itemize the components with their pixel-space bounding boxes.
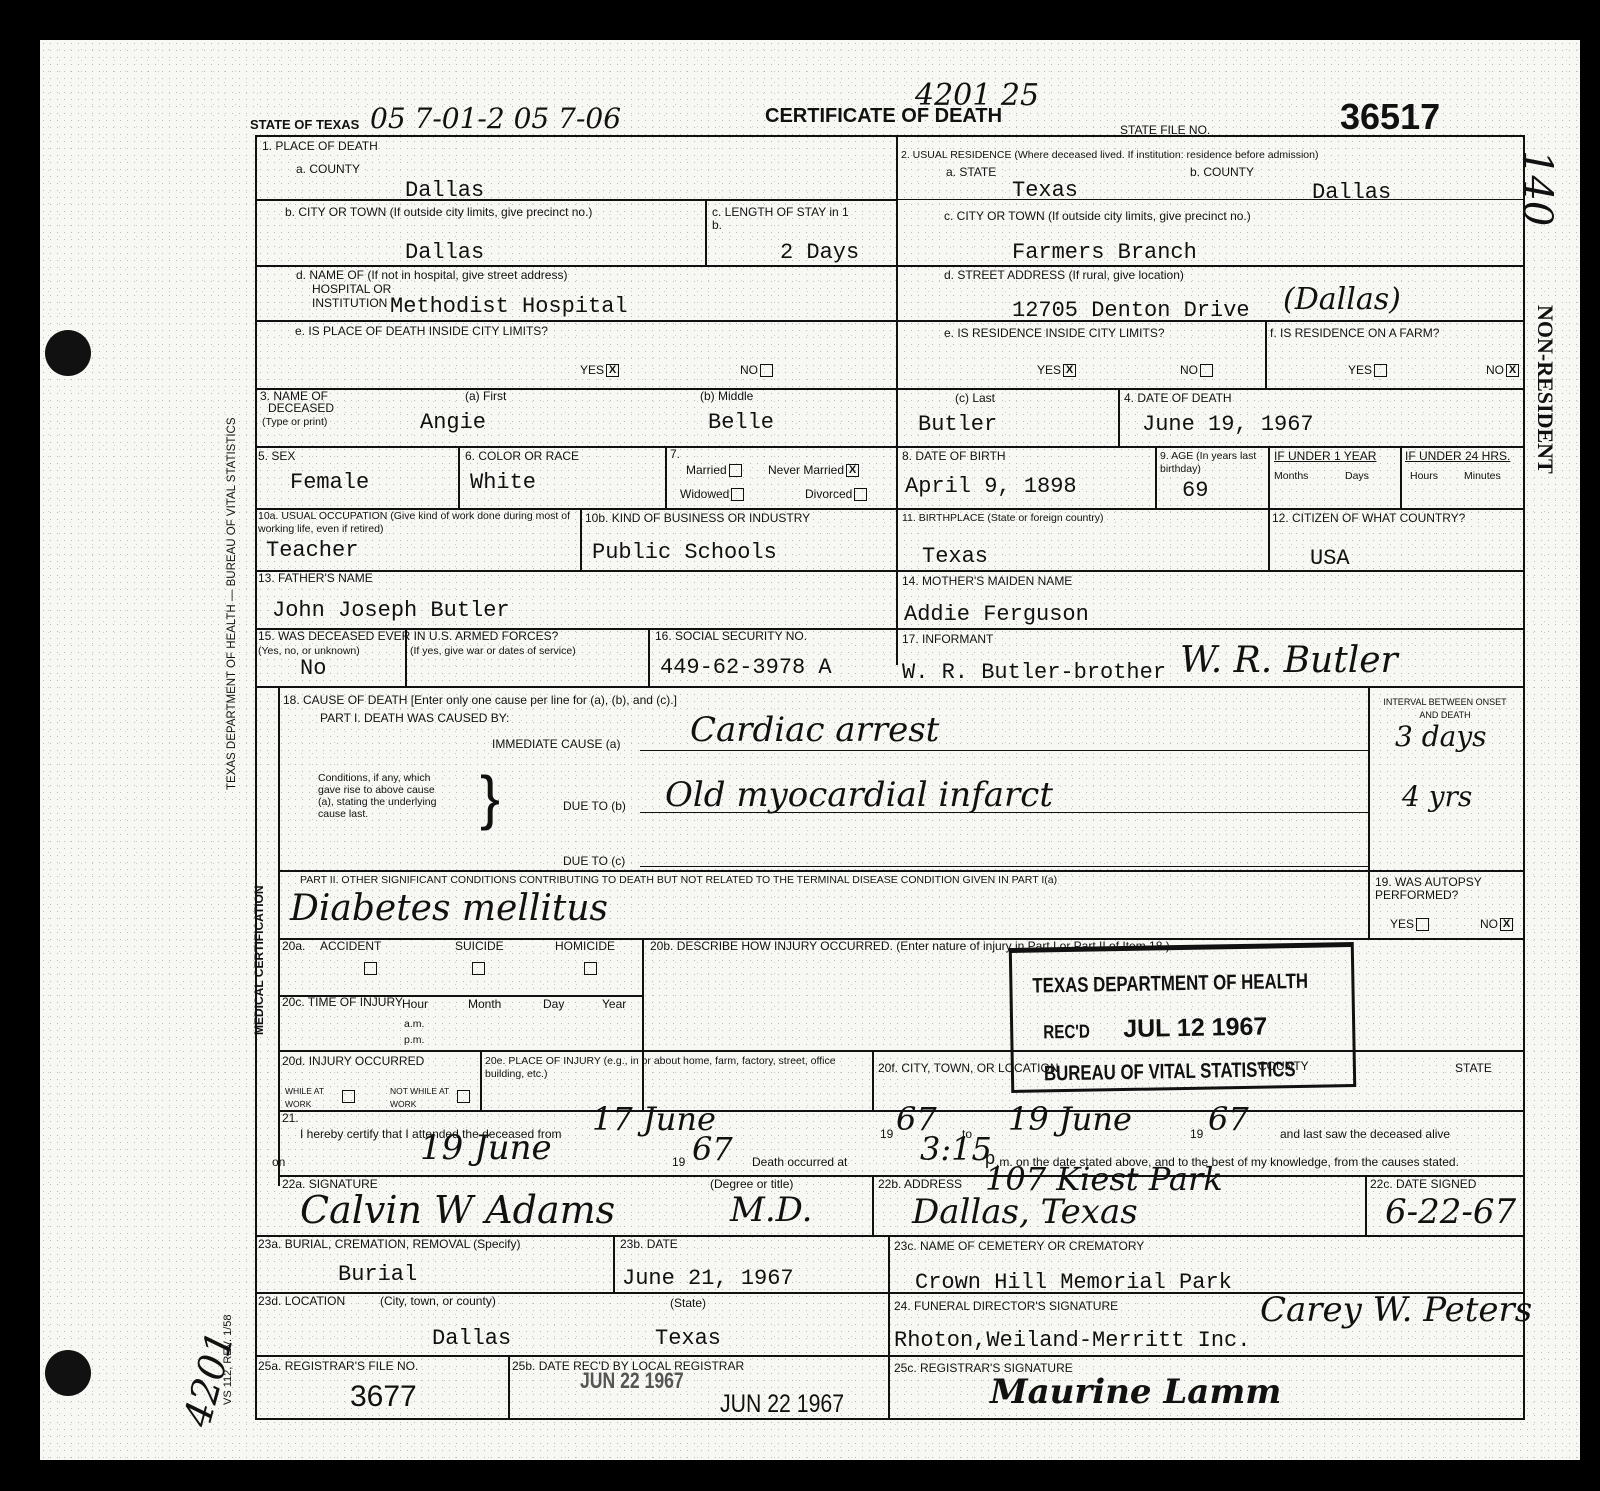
non-resident-stamp: NON-RESIDENT — [1532, 305, 1558, 474]
on-label: on — [272, 1156, 285, 1169]
residence-street-value: 12705 Denton Drive — [1012, 298, 1250, 323]
year-label: Year — [602, 998, 626, 1011]
state-label: STATE OF TEXAS — [250, 118, 359, 131]
residence-county-value: Dallas — [1312, 180, 1391, 205]
immediate-cause-label: IMMEDIATE CAUSE (a) — [492, 738, 620, 751]
stamp-bureau: BUREAU OF VITAL STATISTICS — [1044, 1058, 1296, 1086]
death-inside-limits-yes: YESX — [580, 364, 619, 377]
hour-label: Hour — [402, 998, 428, 1011]
registrar-file-value: 3677 — [350, 1380, 417, 1414]
am-label: a.m. — [404, 1018, 424, 1031]
conditions-note: Conditions, if any, which gave rise to a… — [318, 772, 438, 820]
death-city-label: b. CITY OR TOWN (If outside city limits,… — [285, 206, 592, 219]
part2-value: Diabetes mellitus — [290, 888, 608, 929]
due-to-b-label: DUE TO (b) — [563, 800, 626, 813]
attended-to: 19 June — [1008, 1100, 1132, 1138]
residence-street-note: (Dallas) — [1283, 282, 1401, 317]
injury-state-label: STATE — [1455, 1062, 1492, 1075]
registrar-signature: Maurine Lamm — [990, 1372, 1281, 1412]
birthplace-label: 11. BIRTHPLACE (State or foreign country… — [902, 512, 1104, 525]
checkbox-empty — [1200, 364, 1213, 377]
on-year: 67 — [692, 1130, 733, 1168]
name-label-2: DECEASED — [268, 402, 334, 415]
interval-b-value: 4 yrs — [1402, 780, 1472, 813]
funeral-director-value: Rhoton,Weiland-Merritt Inc. — [894, 1328, 1250, 1353]
cause-of-death-label: 18. CAUSE OF DEATH [Enter only one cause… — [283, 694, 677, 707]
occupation-value: Teacher — [266, 538, 358, 563]
middle-name-value: Belle — [708, 410, 774, 435]
business-label: 10b. KIND OF BUSINESS OR INDUSTRY — [585, 512, 810, 525]
married-option: Married — [686, 464, 742, 477]
punch-hole — [45, 1350, 91, 1396]
checkbox-checked: X — [606, 364, 619, 377]
at-work-label: WHILE AT WORK — [285, 1085, 345, 1111]
immediate-cause-value: Cardiac arrest — [690, 710, 939, 750]
date-of-death-label: 4. DATE OF DEATH — [1124, 392, 1232, 405]
armed-forces-value: No — [300, 656, 326, 681]
date-signed-value: 6-22-67 — [1385, 1192, 1516, 1232]
checkbox-checked: X — [1063, 364, 1076, 377]
death-city-value: Dallas — [405, 240, 484, 265]
first-name-label: (a) First — [465, 390, 506, 403]
sex-label: 5. SEX — [258, 450, 295, 463]
length-of-stay-value: 2 Days — [780, 240, 859, 265]
month-label: Month — [468, 998, 501, 1011]
checkbox-empty — [1416, 918, 1429, 931]
accident-label: ACCIDENT — [320, 940, 381, 953]
age-label: 9. AGE (In years last birthday) — [1160, 450, 1265, 476]
burial-location-label: 23d. LOCATION — [258, 1295, 345, 1308]
cemetery-value: Crown Hill Memorial Park — [915, 1270, 1232, 1295]
certification-num: 21. — [282, 1112, 299, 1125]
farm-label: f. IS RESIDENCE ON A FARM? — [1270, 327, 1439, 340]
informant-value: W. R. Butler-brother — [902, 660, 1166, 685]
death-county-label: a. COUNTY — [296, 163, 360, 176]
interval-a-value: 3 days — [1395, 720, 1487, 753]
funeral-director-label: 24. FUNERAL DIRECTOR'S SIGNATURE — [894, 1300, 1118, 1313]
last-saw-text: and last saw the deceased alive — [1280, 1128, 1450, 1141]
checkbox-empty — [760, 364, 773, 377]
date-of-birth-value: April 9, 1898 — [905, 474, 1077, 499]
middle-name-label: (b) Middle — [700, 390, 753, 403]
cemetery-label: 23c. NAME OF CEMETERY OR CREMATORY — [894, 1240, 1144, 1253]
hospital-value: Methodist Hospital — [390, 294, 628, 319]
length-of-stay-label: c. LENGTH OF STAY in 1 b. — [712, 206, 862, 232]
place-of-injury-label: 20e. PLACE OF INJURY (e.g., in or about … — [485, 1055, 870, 1081]
father-label: 13. FATHER'S NAME — [258, 572, 373, 585]
burial-method-value: Burial — [338, 1262, 417, 1287]
residence-county-label: b. COUNTY — [1190, 166, 1254, 179]
physician-address-2: Dallas, Texas — [912, 1192, 1138, 1232]
degree-value: M.D. — [730, 1190, 812, 1230]
farm-yes: YES — [1348, 364, 1387, 377]
due-to-c-label: DUE TO (c) — [563, 855, 625, 868]
margin-bureau-text: TEXAS DEPARTMENT OF HEALTH — BUREAU OF V… — [226, 417, 238, 790]
race-value: White — [470, 470, 536, 495]
time-of-injury-label: 20c. TIME OF INJURY — [282, 996, 403, 1009]
divorced-option: Divorced — [805, 488, 867, 501]
city-sublabel: (City, town, or county) — [380, 1295, 496, 1308]
under-24-label: IF UNDER 24 HRS. — [1405, 450, 1510, 463]
date-signed-label: 22c. DATE SIGNED — [1370, 1178, 1476, 1191]
business-value: Public Schools — [592, 540, 777, 565]
burial-date-label: 23b. DATE — [620, 1238, 678, 1251]
registrar-file-label: 25a. REGISTRAR'S FILE NO. — [258, 1360, 418, 1373]
registrar-date-stamp-faint: JUN 22 1967 — [580, 1368, 684, 1394]
mother-label: 14. MOTHER'S MAIDEN NAME — [902, 575, 1072, 588]
to-year-prefix: 19 — [1190, 1128, 1203, 1141]
autopsy-no: NOX — [1480, 918, 1513, 931]
residence-street-label: d. STREET ADDRESS (If rural, give locati… — [944, 269, 1184, 282]
injury-num: 20a. — [282, 940, 305, 953]
state-file-number: 36517 — [1340, 96, 1440, 138]
registrar-date-stamp: JUN 22 1967 — [720, 1390, 844, 1419]
autopsy-yes: YES — [1390, 918, 1429, 931]
stamp-date: JUL 12 1967 — [1123, 1013, 1268, 1045]
death-county-value: Dallas — [405, 178, 484, 203]
from-year-prefix: 19 — [880, 1128, 893, 1141]
punch-hole — [45, 330, 91, 376]
informant-signature: W. R. Butler — [1180, 640, 1398, 681]
state-sublabel: (State) — [670, 1297, 706, 1310]
marital-label: 7. — [670, 448, 680, 461]
mother-value: Addie Ferguson — [904, 602, 1089, 627]
received-stamp: TEXAS DEPARTMENT OF HEALTH REC'D JUL 12 … — [1009, 942, 1356, 1093]
physician-signature: Calvin W Adams — [300, 1188, 615, 1232]
stamp-recd: REC'D — [1043, 1022, 1090, 1045]
homicide-label: HOMICIDE — [555, 940, 615, 953]
last-name-value: Butler — [918, 412, 997, 437]
informant-label: 17. INFORMANT — [902, 633, 993, 646]
bracket: } — [480, 768, 500, 828]
ssn-label: 16. SOCIAL SECURITY NO. — [655, 630, 807, 643]
checkbox-empty — [854, 488, 867, 501]
residence-inside-limits-label: e. IS RESIDENCE INSIDE CITY LIMITS? — [944, 327, 1165, 340]
farm-no: NOX — [1486, 364, 1519, 377]
funeral-director-signature: Carey W. Peters — [1260, 1290, 1532, 1330]
widowed-option: Widowed — [680, 488, 744, 501]
part1-label: PART I. DEATH WAS CAUSED BY: — [320, 712, 509, 725]
ssn-value: 449-62-3978 A — [660, 655, 832, 680]
burial-state-value: Texas — [655, 1326, 721, 1351]
suicide-checkbox[interactable] — [472, 962, 485, 975]
date-of-death-value: June 19, 1967 — [1142, 412, 1314, 437]
accident-checkbox[interactable] — [364, 962, 377, 975]
last-name-label: (c) Last — [955, 392, 995, 405]
place-of-death-label: 1. PLACE OF DEATH — [262, 140, 378, 153]
citizen-value: USA — [1310, 546, 1350, 571]
burial-date-value: June 21, 1967 — [622, 1266, 794, 1291]
date-of-birth-label: 8. DATE OF BIRTH — [902, 450, 1006, 463]
not-at-work-checkbox[interactable] — [457, 1090, 470, 1103]
residence-inside-yes: YESX — [1037, 364, 1076, 377]
residence-city-label: c. CITY OR TOWN (If outside city limits,… — [944, 210, 1251, 223]
checkbox-empty — [1374, 364, 1387, 377]
name-label-3: (Type or print) — [262, 416, 327, 429]
armed-forces-label: 15. WAS DECEASED EVER IN U.S. ARMED FORC… — [258, 630, 558, 643]
last-seen-date: 19 June — [420, 1128, 552, 1168]
homicide-checkbox[interactable] — [584, 962, 597, 975]
suicide-label: SUICIDE — [455, 940, 504, 953]
part2-label: PART II. OTHER SIGNIFICANT CONDITIONS CO… — [300, 874, 1057, 887]
checkbox-checked: X — [1506, 364, 1519, 377]
address-label: 22b. ADDRESS — [878, 1178, 962, 1191]
on-year-prefix: 19 — [672, 1156, 685, 1169]
at-work-checkbox[interactable] — [342, 1090, 355, 1103]
checkbox-checked: X — [1500, 918, 1513, 931]
father-value: John Joseph Butler — [272, 598, 510, 623]
death-inside-limits-no: NO — [740, 364, 773, 377]
hours-label: Hours — [1410, 470, 1438, 483]
injury-occurred-label: 20d. INJURY OCCURRED — [282, 1055, 424, 1068]
age-value: 69 — [1182, 478, 1208, 503]
sex-value: Female — [290, 470, 369, 495]
not-at-work-label: NOT WHILE AT WORK — [390, 1085, 450, 1111]
under-year-label: IF UNDER 1 YEAR — [1274, 450, 1376, 463]
hospital-label-3: INSTITUTION — [312, 297, 387, 310]
minutes-label: Minutes — [1464, 470, 1501, 483]
residence-state-label: a. STATE — [946, 166, 996, 179]
interval-label: INTERVAL BETWEEN ONSET AND DEATH — [1380, 696, 1510, 722]
checkbox-checked: X — [846, 464, 859, 477]
birthplace-value: Texas — [922, 544, 988, 569]
residence-inside-no: NO — [1180, 364, 1213, 377]
pm-label: p.m. — [404, 1034, 424, 1047]
checkbox-empty — [729, 464, 742, 477]
days-label: Days — [1345, 470, 1369, 483]
death-inside-limits-label: e. IS PLACE OF DEATH INSIDE CITY LIMITS? — [295, 325, 548, 338]
hospital-label: d. NAME OF (If not in hospital, give str… — [296, 269, 567, 282]
race-label: 6. COLOR OR RACE — [465, 450, 579, 463]
residence-city-value: Farmers Branch — [1012, 240, 1197, 265]
day-label: Day — [543, 998, 564, 1011]
stamp-dept: TEXAS DEPARTMENT OF HEALTH — [1032, 970, 1308, 999]
death-time: 3:15 — [920, 1130, 992, 1168]
handwritten-codes: 05 7-01-2 05 7-06 — [370, 102, 621, 135]
citizen-label: 12. CITIZEN OF WHAT COUNTRY? — [1272, 512, 1465, 525]
first-name-value: Angie — [420, 410, 486, 435]
autopsy-label: 19. WAS AUTOPSY PERFORMED? — [1375, 876, 1525, 902]
occupation-label: 10a. USUAL OCCUPATION (Give kind of work… — [258, 510, 578, 536]
handwritten-number: 4201 25 — [915, 78, 1039, 113]
never-married-option: Never MarriedX — [768, 464, 859, 477]
months-label: Months — [1274, 470, 1308, 483]
burial-city-value: Dallas — [432, 1326, 511, 1351]
to-year: 67 — [1208, 1100, 1249, 1138]
burial-method-label: 23a. BURIAL, CREMATION, REMOVAL (Specify… — [258, 1238, 521, 1251]
death-occurred-label: Death occurred at — [752, 1156, 847, 1169]
residence-state-value: Texas — [1012, 178, 1078, 203]
checkbox-empty — [731, 488, 744, 501]
armed-forces-sub2: (If yes, give war or dates of service) — [410, 645, 576, 658]
hospital-label-2: HOSPITAL OR — [312, 283, 391, 296]
due-to-b-value: Old myocardial infarct — [665, 775, 1053, 815]
usual-residence-label: 2. USUAL RESIDENCE (Where deceased lived… — [901, 149, 1318, 162]
